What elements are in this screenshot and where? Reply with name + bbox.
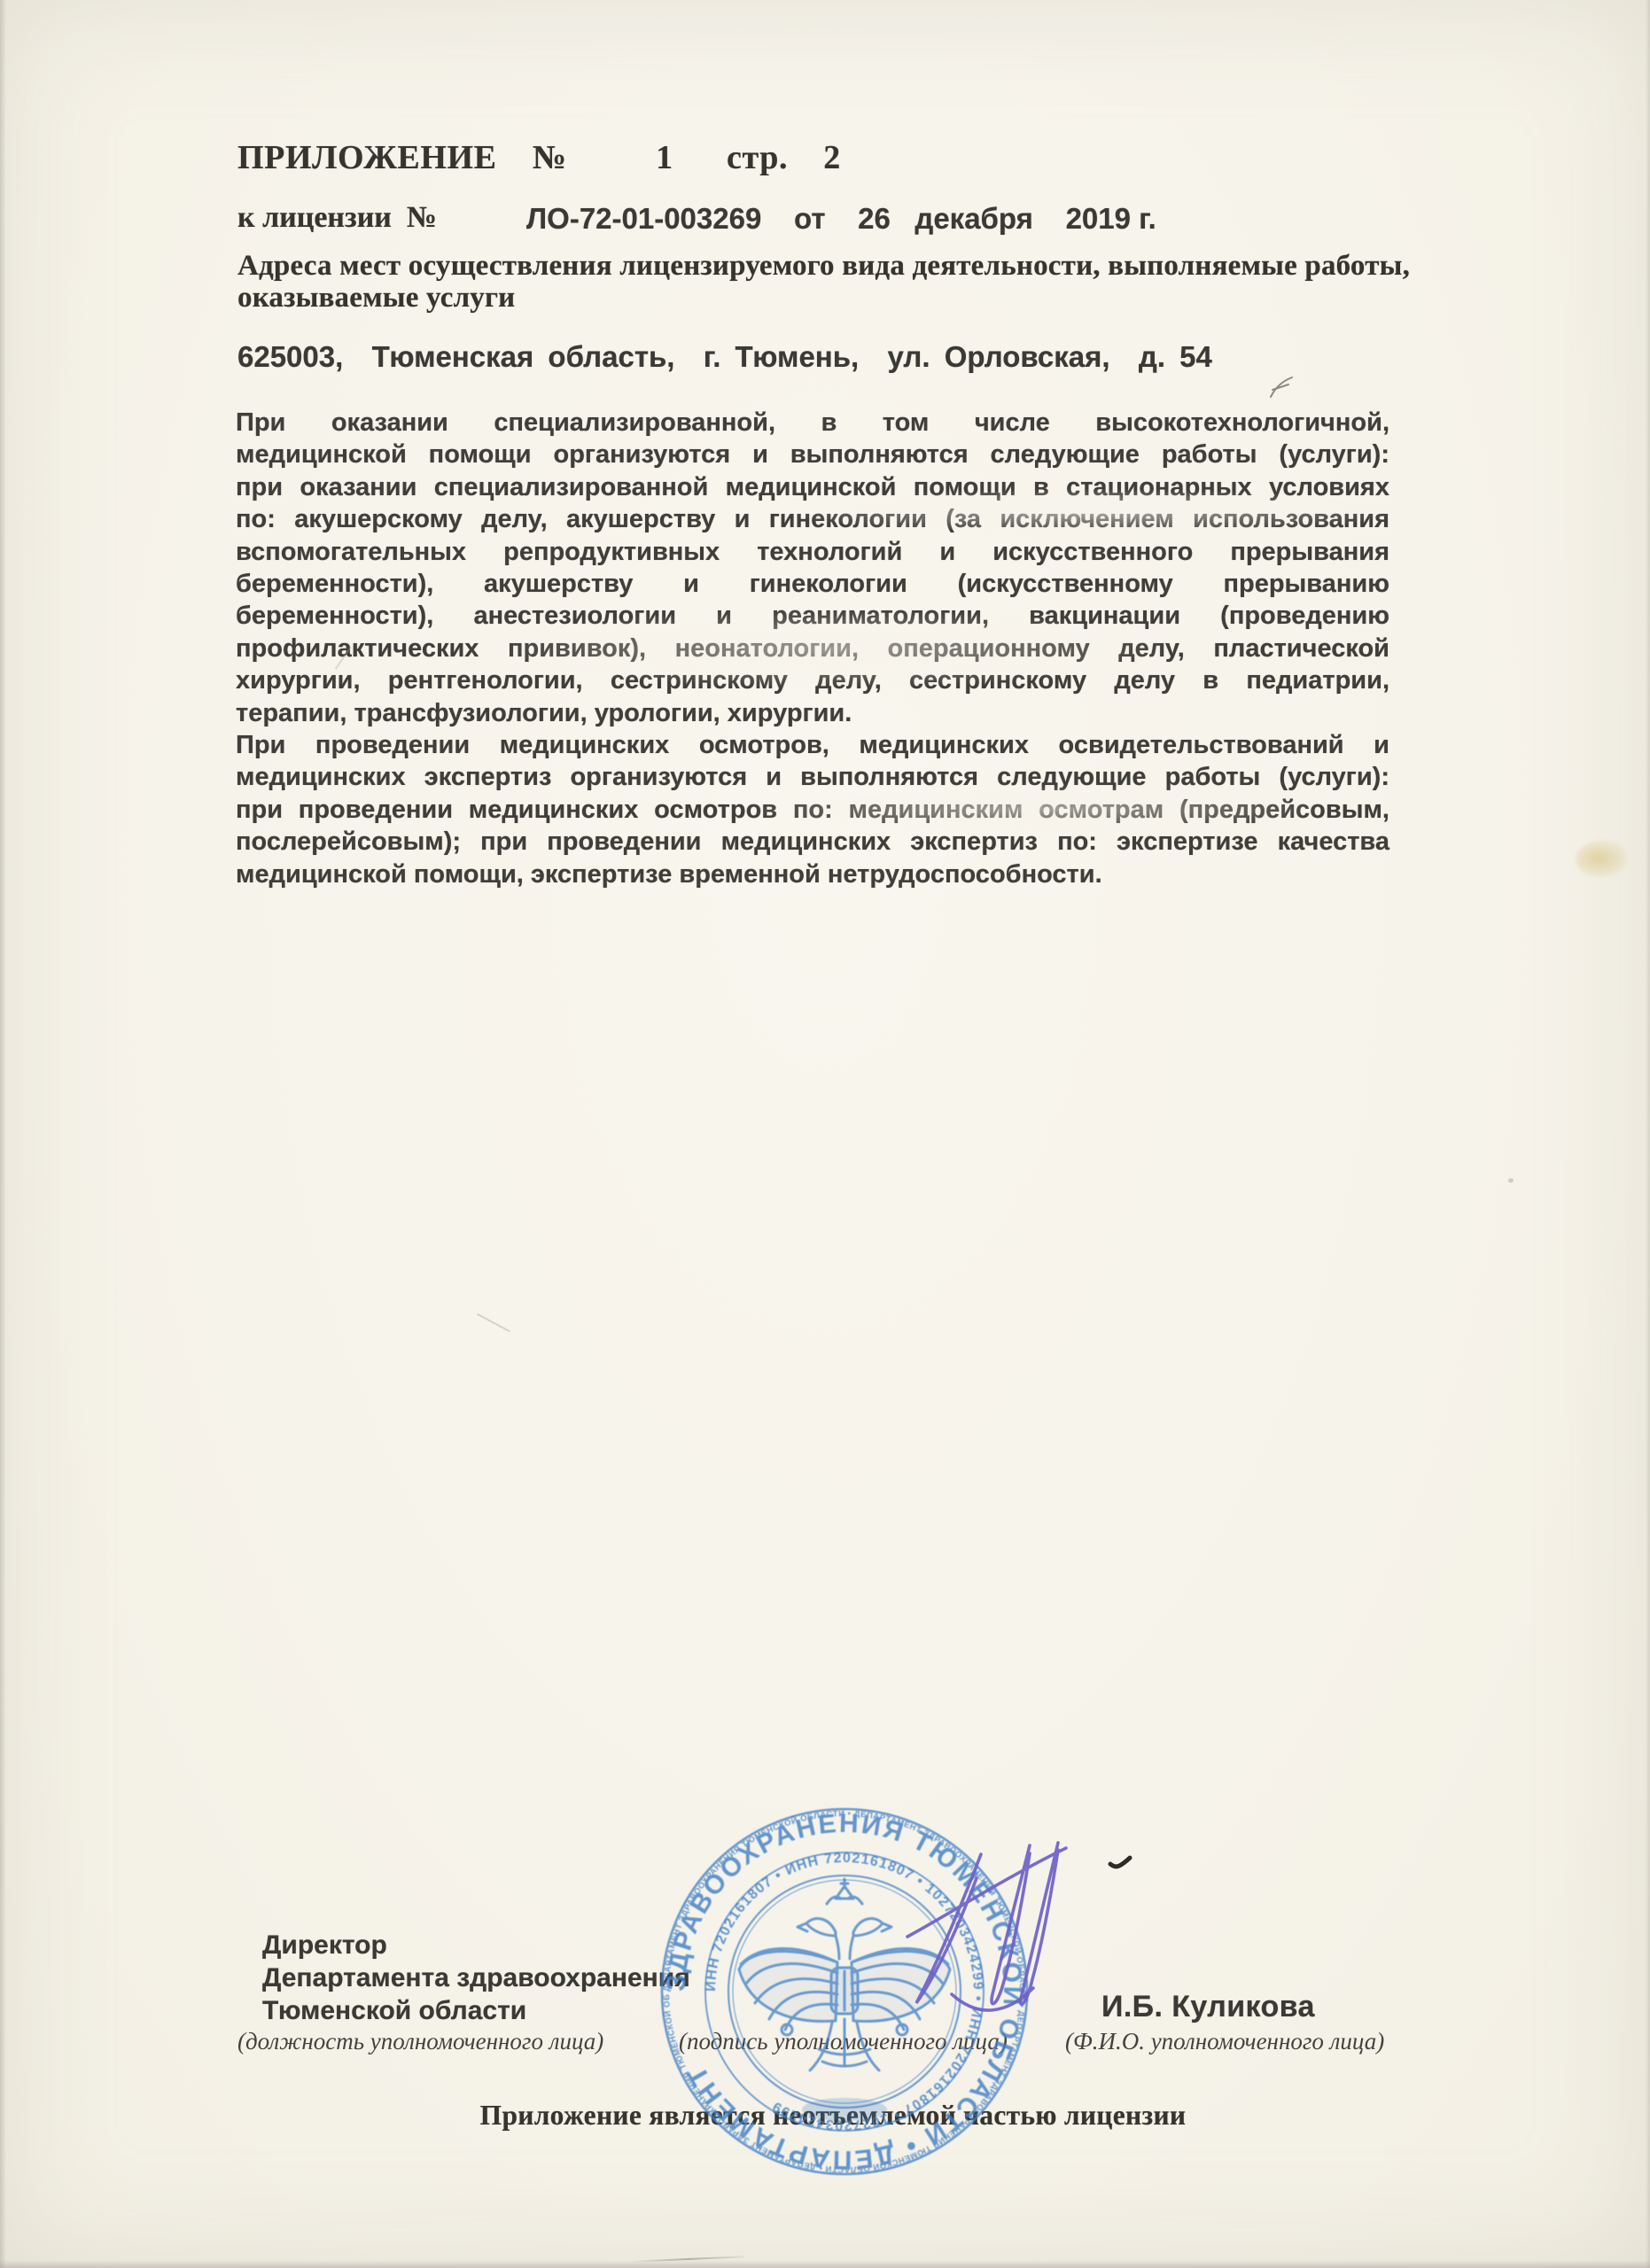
body-line: хирургии, рентгенологии, сестринскому де… — [236, 664, 1389, 696]
check-mark-icon — [1108, 1853, 1134, 1873]
body-line: при оказании специализированной медицинс… — [236, 471, 1389, 503]
signer-position-line: Директор — [262, 1930, 690, 1962]
body-line: беременности), анестезиологии и реанимат… — [236, 600, 1389, 632]
body-line: по: акушерскому делу, акушерству и гинек… — [236, 503, 1389, 535]
appendix-title: ПРИЛОЖЕНИЕ № 1 стр. 2 — [237, 139, 841, 176]
signer-position-line: Департамента здравоохранения — [262, 1962, 690, 1995]
address-line: 625003, Тюменская область, г. Тюмень, ул… — [237, 340, 1212, 374]
body-line: При оказании специализированной, в том ч… — [236, 407, 1389, 439]
body-paragraph-2: При проведении медицинских осмотров, мед… — [236, 729, 1389, 890]
body-line: медицинской помощи, экспертизе временной… — [236, 858, 1389, 890]
address-heading-line: Адреса мест осуществления лицензируемого… — [237, 251, 1410, 283]
stamp-ink-blob — [802, 2098, 887, 2121]
paper-smudge — [1576, 840, 1627, 877]
body-line: При проведении медицинских осмотров, мед… — [236, 729, 1389, 761]
signer-position-line: Тюменской области — [262, 1995, 690, 2028]
body-line: вспомогательных репродуктивных технологи… — [236, 536, 1389, 568]
signer-name: И.Б. Куликова — [1101, 1990, 1315, 2024]
license-number: ЛО-72-01-003269 от 26 декабря 2019 г. — [526, 202, 1156, 236]
body-line: послерейсовым); при проведении медицинск… — [236, 826, 1389, 858]
address-heading: Адреса мест осуществления лицензируемого… — [237, 251, 1410, 314]
body-line: беременности), акушерству и гинекологии … — [236, 568, 1389, 600]
pen-mark-icon — [1267, 376, 1296, 402]
scan-edge-right — [1646, 0, 1650, 2268]
signature-ink — [897, 1832, 1083, 2018]
name-caption: (Ф.И.О. уполномоченного лица) — [1065, 2027, 1384, 2055]
body-line: медицинских экспертиз организуются и вып… — [236, 761, 1389, 793]
body-line: медицинской помощи организуются и выполн… — [236, 439, 1389, 470]
signer-position: ДиректорДепартамента здравоохраненияТюме… — [262, 1930, 690, 2027]
license-label: к лицензии № — [237, 200, 437, 236]
license-line: к лицензии № ЛО-72-01-003269 от 26 декаб… — [0, 200, 1650, 239]
body-line: терапии, трансфузиологии, урологии, хиру… — [236, 697, 1389, 729]
scan-edge-left — [0, 0, 6, 2268]
position-caption: (должность уполномоченного лица) — [237, 2027, 603, 2055]
body-line: профилактических прививок), неонатологии… — [236, 633, 1389, 664]
paper-fiber — [477, 1313, 510, 1332]
paper-speck — [1508, 1178, 1514, 1183]
address-heading-line: оказываемые услуги — [237, 283, 1410, 315]
body-paragraph-1: При оказании специализированной, в том ч… — [236, 407, 1389, 729]
scan-edge-bottom — [0, 2260, 1650, 2268]
body-line: при проведении медицинских осмотров по: … — [236, 794, 1389, 826]
